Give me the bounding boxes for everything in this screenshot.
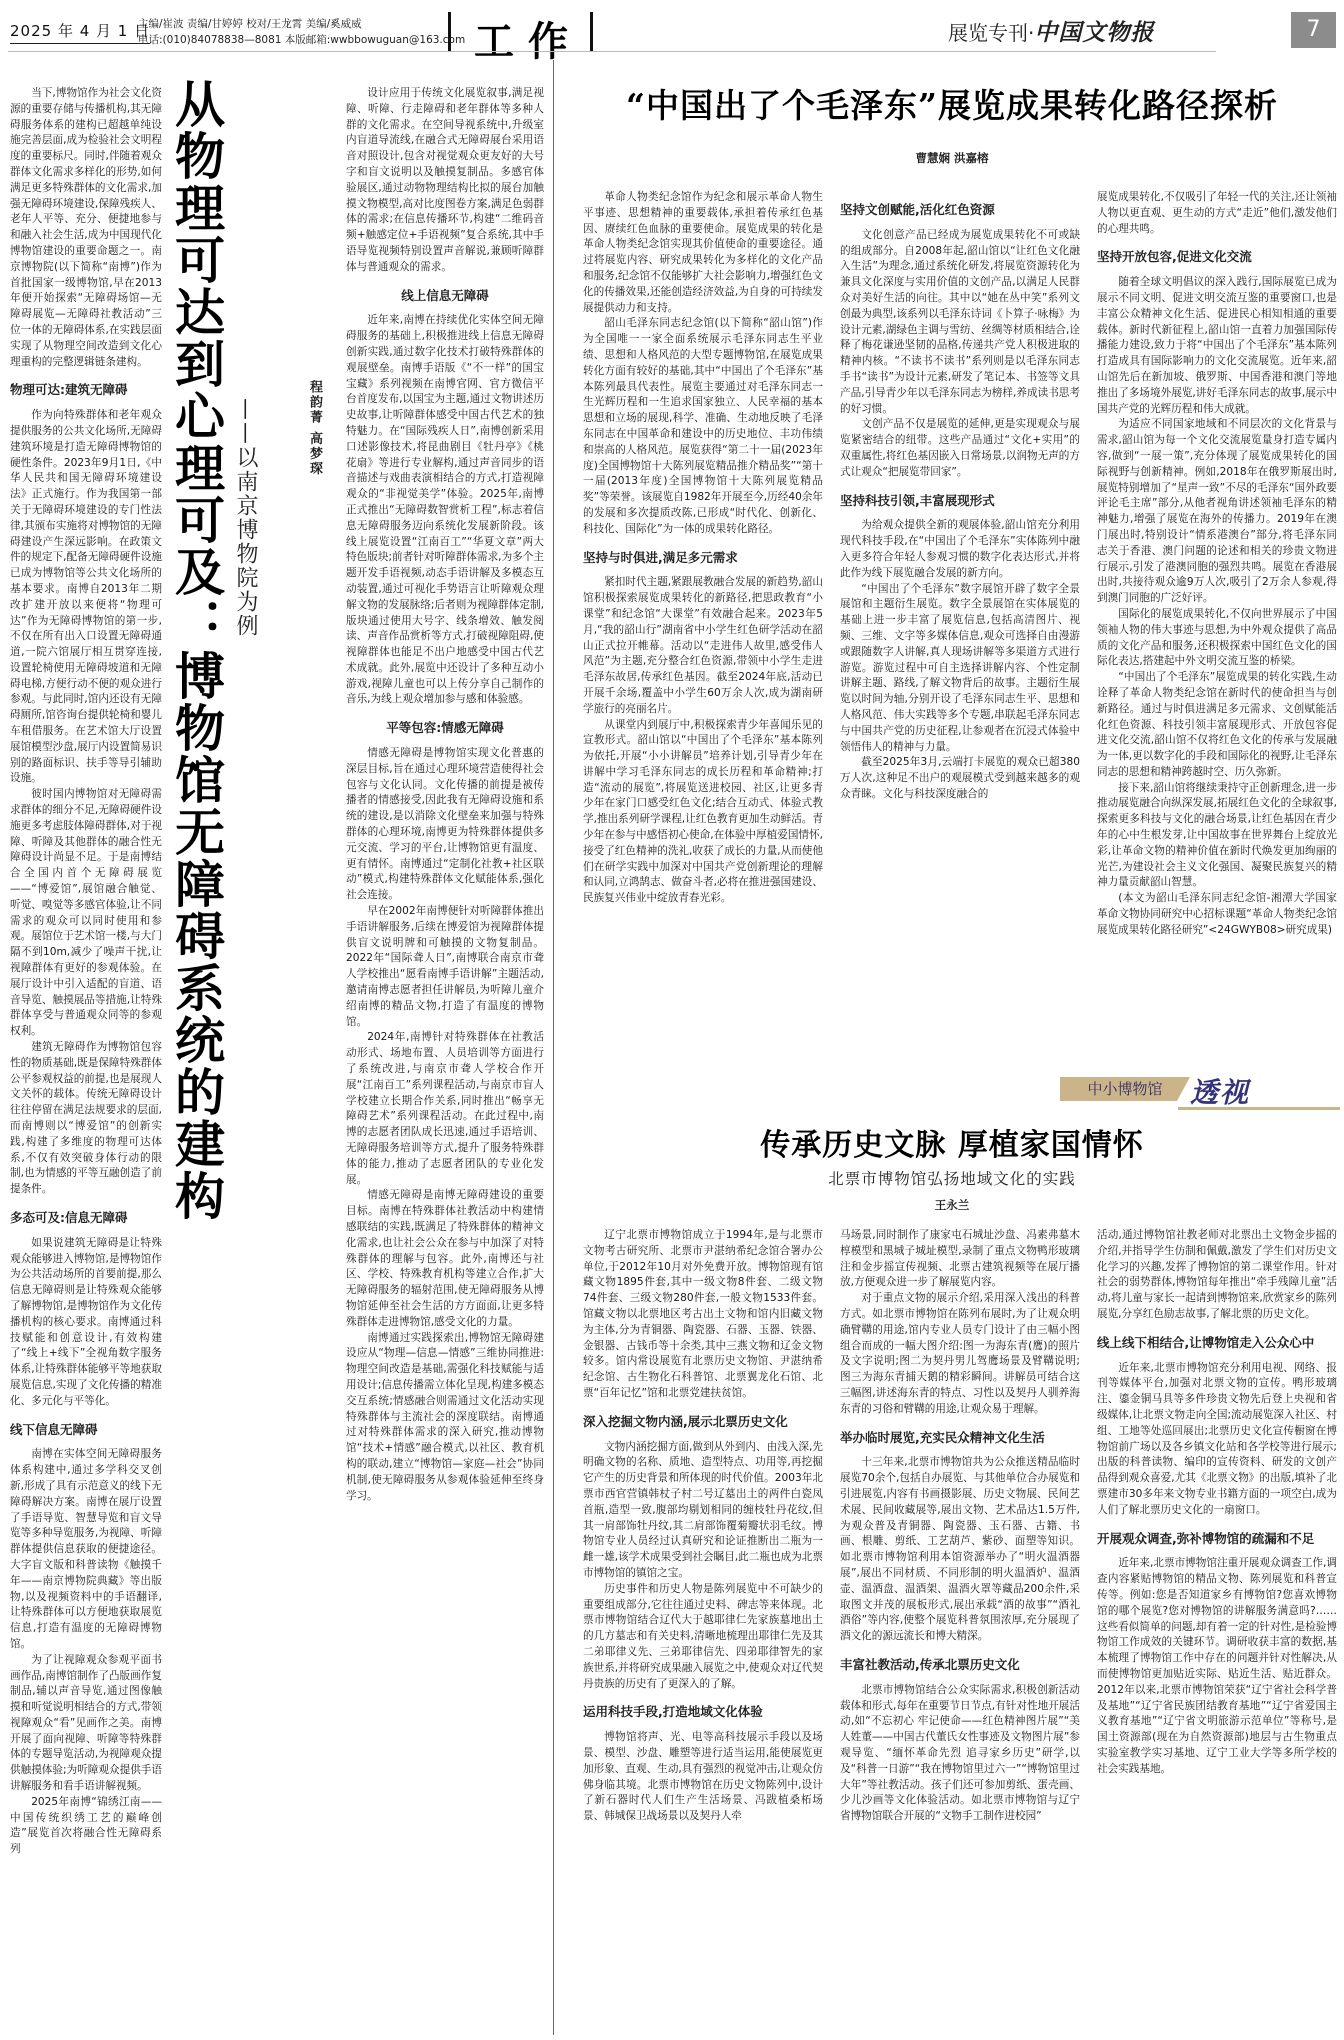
paragraph: 近年来,北票市博物馆充分利用电视、网络、报刊等媒体平台,加强对北票文物的宣传。鸭… — [1097, 1361, 1337, 1519]
paragraph: 从课堂内到展厅中,积极探索青少年喜闻乐见的宣教形式。韶山馆以“中国出了个毛泽东”… — [583, 718, 823, 908]
left-article-col2: 设计应用于传统文化展览叙事,满足视障、听障、行走障碍和老年群体等多种人群的文化需… — [346, 86, 544, 2036]
paper-prefix: 展览专刊· — [948, 21, 1034, 45]
paragraph: 当下,博物馆作为社会文化资源的重要存储与传播机构,其无障碍服务体系的建构已超越单… — [10, 86, 162, 370]
left-article-col1: 当下,博物馆作为社会文化资源的重要存储与传播机构,其无障碍服务体系的建构已超越单… — [10, 86, 162, 2036]
paragraph: 南博在实体空间无障碍服务体系构建中,通过多学科交叉创新,形成了具有示范意义的线下… — [10, 1447, 162, 1652]
research-note: (本文为韶山毛泽东同志纪念馆-湘潭大学国家革命文物协同研究中心招标课题“革命人物… — [1097, 891, 1337, 938]
column-tag-label: 中小博物馆 — [1060, 1077, 1190, 1101]
paragraph: 辽宁北票市博物馆成立于1994年,是与北票市文物考古研究所、北票市尹湛纳希纪念馆… — [583, 1228, 823, 1402]
left-article-subtitle: ——以南京博物院为例 — [232, 398, 258, 638]
right-bottom-col3: 活动,通过博物馆社教老师对北票出土文物金步摇的介绍,并指导学生仿制和佩戴,激发了… — [1097, 1228, 1337, 2018]
paragraph: 历史事件和历史人物是陈列展览中不可缺少的重要组成部分,它往往通过史料、碑志等来体… — [583, 1582, 823, 1693]
section-heading: 举办临时展览,充实民众精神文化生活 — [840, 1430, 1080, 1446]
paragraph: 活动,通过博物馆社教老师对北票出土文物金步摇的介绍,并指导学生仿制和佩戴,激发了… — [1097, 1228, 1337, 1323]
section-title: 工作 — [474, 10, 582, 67]
paragraph: “中国出了个毛泽东”展览成果的转化实践,生动诠释了革命人物类纪念馆在新时代的使命… — [1097, 670, 1337, 781]
section-heading: 运用科技手段,打造地域文化体验 — [583, 1704, 823, 1720]
paragraph: 十三年来,北票市博物馆共为公众推送精品临时展览70余个,包括自办展览、与其他单位… — [840, 1455, 1080, 1645]
paragraph: 对于重点文物的展示介绍,采用深入浅出的科普方式。如北票市博物馆在陈列布展时,为了… — [840, 1291, 1080, 1417]
right-top-article-title: “中国出了个毛泽东”展览成果转化路径探析 — [560, 80, 1344, 127]
section-heading: 坚持文创赋能,活化红色资源 — [840, 202, 1080, 218]
right-top-col2: 坚持文创赋能,活化红色资源 文化创意产品已经成为展览成果转化不可或缺的组成部分。… — [840, 190, 1080, 1060]
paragraph: 近年来,北票市博物馆注重开展观众调查工作,调查内容紧贴博物馆的精品文物、陈列展览… — [1097, 1556, 1337, 1777]
right-bottom-col2: 马场景,同时制作了康家屯石城址沙盘、冯素弗墓木椁模型和黑城子城址模型,录制了重点… — [840, 1228, 1080, 2018]
section-heading: 坚持开放包容,促进文化交流 — [1097, 249, 1337, 265]
section-heading: 物理可达:建筑无障碍 — [10, 382, 162, 398]
paragraph: 南博通过实践探索出,博物馆无障碍建设应从“物理—信息—情感”三维协同推进:物理空… — [346, 1331, 544, 1505]
right-bottom-col1: 辽宁北票市博物馆成立于1994年,是与北票市文物考古研究所、北票市尹湛纳希纪念馆… — [583, 1228, 823, 2018]
right-top-article-authors: 曹慧娴 洪嘉榕 — [560, 150, 1344, 166]
section-heading: 坚持与时俱进,满足多元需求 — [583, 550, 823, 566]
paragraph: 博物馆将声、光、电等高科技展示手段以及场景、模型、沙盘、雕塑等进行适当运用,能使… — [583, 1730, 823, 1825]
paragraph: “中国出了个毛泽东”数字展馆开辟了数字全景展馆和主题衍生展览。数字全景展馆在实体… — [840, 582, 1080, 756]
page-number: 7 — [1291, 12, 1336, 48]
editorial-credits: 主编/崔波 责编/甘婷婷 校对/王龙霄 美编/奚威威 电话:(010)84078… — [138, 16, 465, 48]
paragraph: 为适应不同国家地域和不同层次的文化背景与需求,韶山馆为每一个文化交流展览量身打造… — [1097, 417, 1337, 607]
section-heading: 深入挖掘文物内涵,展示北票历史文化 — [583, 1414, 823, 1430]
paragraph: 北票市博物馆结合公众实际需求,积极创新活动载体和形式,每年在重要节日节点,有针对… — [840, 1683, 1080, 1825]
section-heading: 线下信息无障碍 — [10, 1422, 162, 1438]
article-divider — [553, 60, 554, 2035]
section-heading: 多态可及:信息无障碍 — [10, 1210, 162, 1226]
paragraph: 国际化的展览成果转化,不仅向世界展示了中国领袖人物的伟大事迹与思想,为中外观众提… — [1097, 607, 1337, 670]
paragraph: 截至2025年3月,云端打卡展览的观众已超380万人次,这种足不出户的观展模式受… — [840, 755, 1080, 802]
paragraph: 文创产品不仅是展览的延伸,更是实现观众与展览紧密结合的纽带。这些产品通过“文化+… — [840, 417, 1080, 480]
paragraph: 作为向特殊群体和老年观众提供服务的公共文化场所,无障碍建筑环境是打造无障碍博物馆… — [10, 408, 162, 787]
section-heading: 平等包容:情感无障碍 — [346, 720, 544, 736]
masthead-rule — [8, 51, 1216, 52]
section-heading: 丰富社教活动,传承北票历史文化 — [840, 1657, 1080, 1673]
left-article-authors: 程韵菁 高梦琛 — [306, 380, 322, 477]
paragraph: 彼时国内博物馆对无障碍需求群体的细分不足,无障碍硬件设施更多考虑肢体障碍群体,对… — [10, 787, 162, 1040]
paragraph: 韶山毛泽东同志纪念馆(以下简称“韶山馆”)作为全国唯一一家全面系统展示毛泽东同志… — [583, 316, 823, 537]
credits-contact: 电话:(010)84078838—8081 本版邮箱:wwbbowuguan@1… — [138, 32, 465, 48]
paragraph: 建筑无障碍作为博物馆包容性的物质基础,既是保障特殊群体公平参观权益的前提,也是展… — [10, 1040, 162, 1198]
paragraph: 为了让视障观众参观平面书画作品,南博馆制作了凸版画作复制品,辅以声音导览,通过图… — [10, 1653, 162, 1795]
paragraph: 革命人物类纪念馆作为纪念和展示革命人物生平事迹、思想精神的重要载体,承担着传承红… — [583, 190, 823, 316]
right-bottom-article-title: 传承历史文脉 厚植家国情怀 — [560, 1120, 1344, 1164]
right-top-col3: 展览成果转化,不仅吸引了年轻一代的关注,还让领袖人物以更直观、更生动的方式“走近… — [1097, 190, 1337, 1060]
paragraph: 文物内涵挖掘方面,做到从外到内、由浅入深,先明确文物的名称、质地、造型特点、功用… — [583, 1440, 823, 1582]
paragraph: 随着全球文明倡议的深入践行,国际展览已成为展示不同文明、促进文明交流互鉴的重要窗… — [1097, 275, 1337, 417]
right-bottom-article-author: 王永兰 — [560, 1197, 1344, 1213]
paragraph: 设计应用于传统文化展览叙事,满足视障、听障、行走障碍和老年群体等多种人群的文化需… — [346, 86, 544, 276]
masthead-divider — [590, 12, 593, 52]
column-tag-title: 透视 — [1190, 1071, 1250, 1111]
paragraph: 紧扣时代主题,紧跟展教融合发展的新趋势,韶山馆积极探索展览成果转化的新路径,把思… — [583, 575, 823, 717]
credits-editors: 主编/崔波 责编/甘婷婷 校对/王龙霄 美编/奚威威 — [138, 16, 465, 32]
paragraph: 情感无障碍是博物馆实现文化普惠的深层目标,旨在通过心理环境营造使得社会包容与文化… — [346, 746, 544, 904]
issue-date: 2025 年 4 月 1 日 — [10, 20, 150, 44]
paragraph: 马场景,同时制作了康家屯石城址沙盘、冯素弗墓木椁模型和黑城子城址模型,录制了重点… — [840, 1228, 1080, 1291]
paragraph: 为给观众提供全新的观展体验,韶山馆充分利用现代科技手段,在“中国出了个毛泽东”实… — [840, 518, 1080, 581]
section-heading: 坚持科技引领,丰富展现形式 — [840, 493, 1080, 509]
paragraph: 展览成果转化,不仅吸引了年轻一代的关注,还让领袖人物以更直观、更生动的方式“走近… — [1097, 190, 1337, 237]
paragraph: 如果说建筑无障碍是让特殊观众能够进入博物馆,是博物馆作为公共活动场所的首要前提,… — [10, 1236, 162, 1410]
paper-name: 展览专刊·中国文物报 — [948, 14, 1154, 47]
section-heading: 线上信息无障碍 — [346, 288, 544, 304]
paragraph: 近年来,南博在持续优化实体空间无障碍服务的基础上,积极推进线上信息无障碍创新实践… — [346, 313, 544, 708]
masthead: 2025 年 4 月 1 日 主编/崔波 责编/甘婷婷 校对/王龙霄 美编/奚威… — [0, 0, 1344, 58]
paragraph: 情感无障碍是南博无障碍建设的重要目标。南博在特殊群体社教活动中构建情感联结的实践… — [346, 1188, 544, 1330]
paper-logo: 中国文物报 — [1034, 19, 1154, 46]
column-tag-underline — [1178, 1107, 1340, 1110]
left-article-title: 从物理可达到心理可及：博物馆无障碍系统的建构 — [168, 78, 224, 1222]
column-tag: 中小博物馆 透视 — [1060, 1071, 1340, 1113]
section-heading: 线上线下相结合,让博物馆走入公众心中 — [1097, 1335, 1337, 1351]
right-top-col1: 革命人物类纪念馆作为纪念和展示革命人物生平事迹、思想精神的重要载体,承担着传承红… — [583, 190, 823, 1060]
section-heading: 开展观众调查,弥补博物馆的疏漏和不足 — [1097, 1531, 1337, 1547]
masthead-divider — [448, 12, 451, 52]
paragraph: 2024年,南博针对特殊群体在社教活动形式、场地布置、人员培训等方面进行了系统改… — [346, 1030, 544, 1188]
paragraph: 2025年南博“锦绣江南——中国传统织绣工艺的巅峰创造”展览首次将融合性无障碍系… — [10, 1795, 162, 1858]
right-bottom-article-subtitle: 北票市博物馆弘扬地域文化的实践 — [560, 1167, 1344, 1189]
paragraph: 接下来,韶山馆将继续秉持守正创新理念,进一步推动展览融合向纵深发展,拓展红色文化… — [1097, 781, 1337, 892]
paragraph: 早在2002年南博便针对听障群体推出手语讲解服务,后续在博爱馆为视障群体提供盲文… — [346, 904, 544, 1030]
paragraph: 文化创意产品已经成为展览成果转化不可或缺的组成部分。自2008年起,韶山馆以“让… — [840, 228, 1080, 418]
